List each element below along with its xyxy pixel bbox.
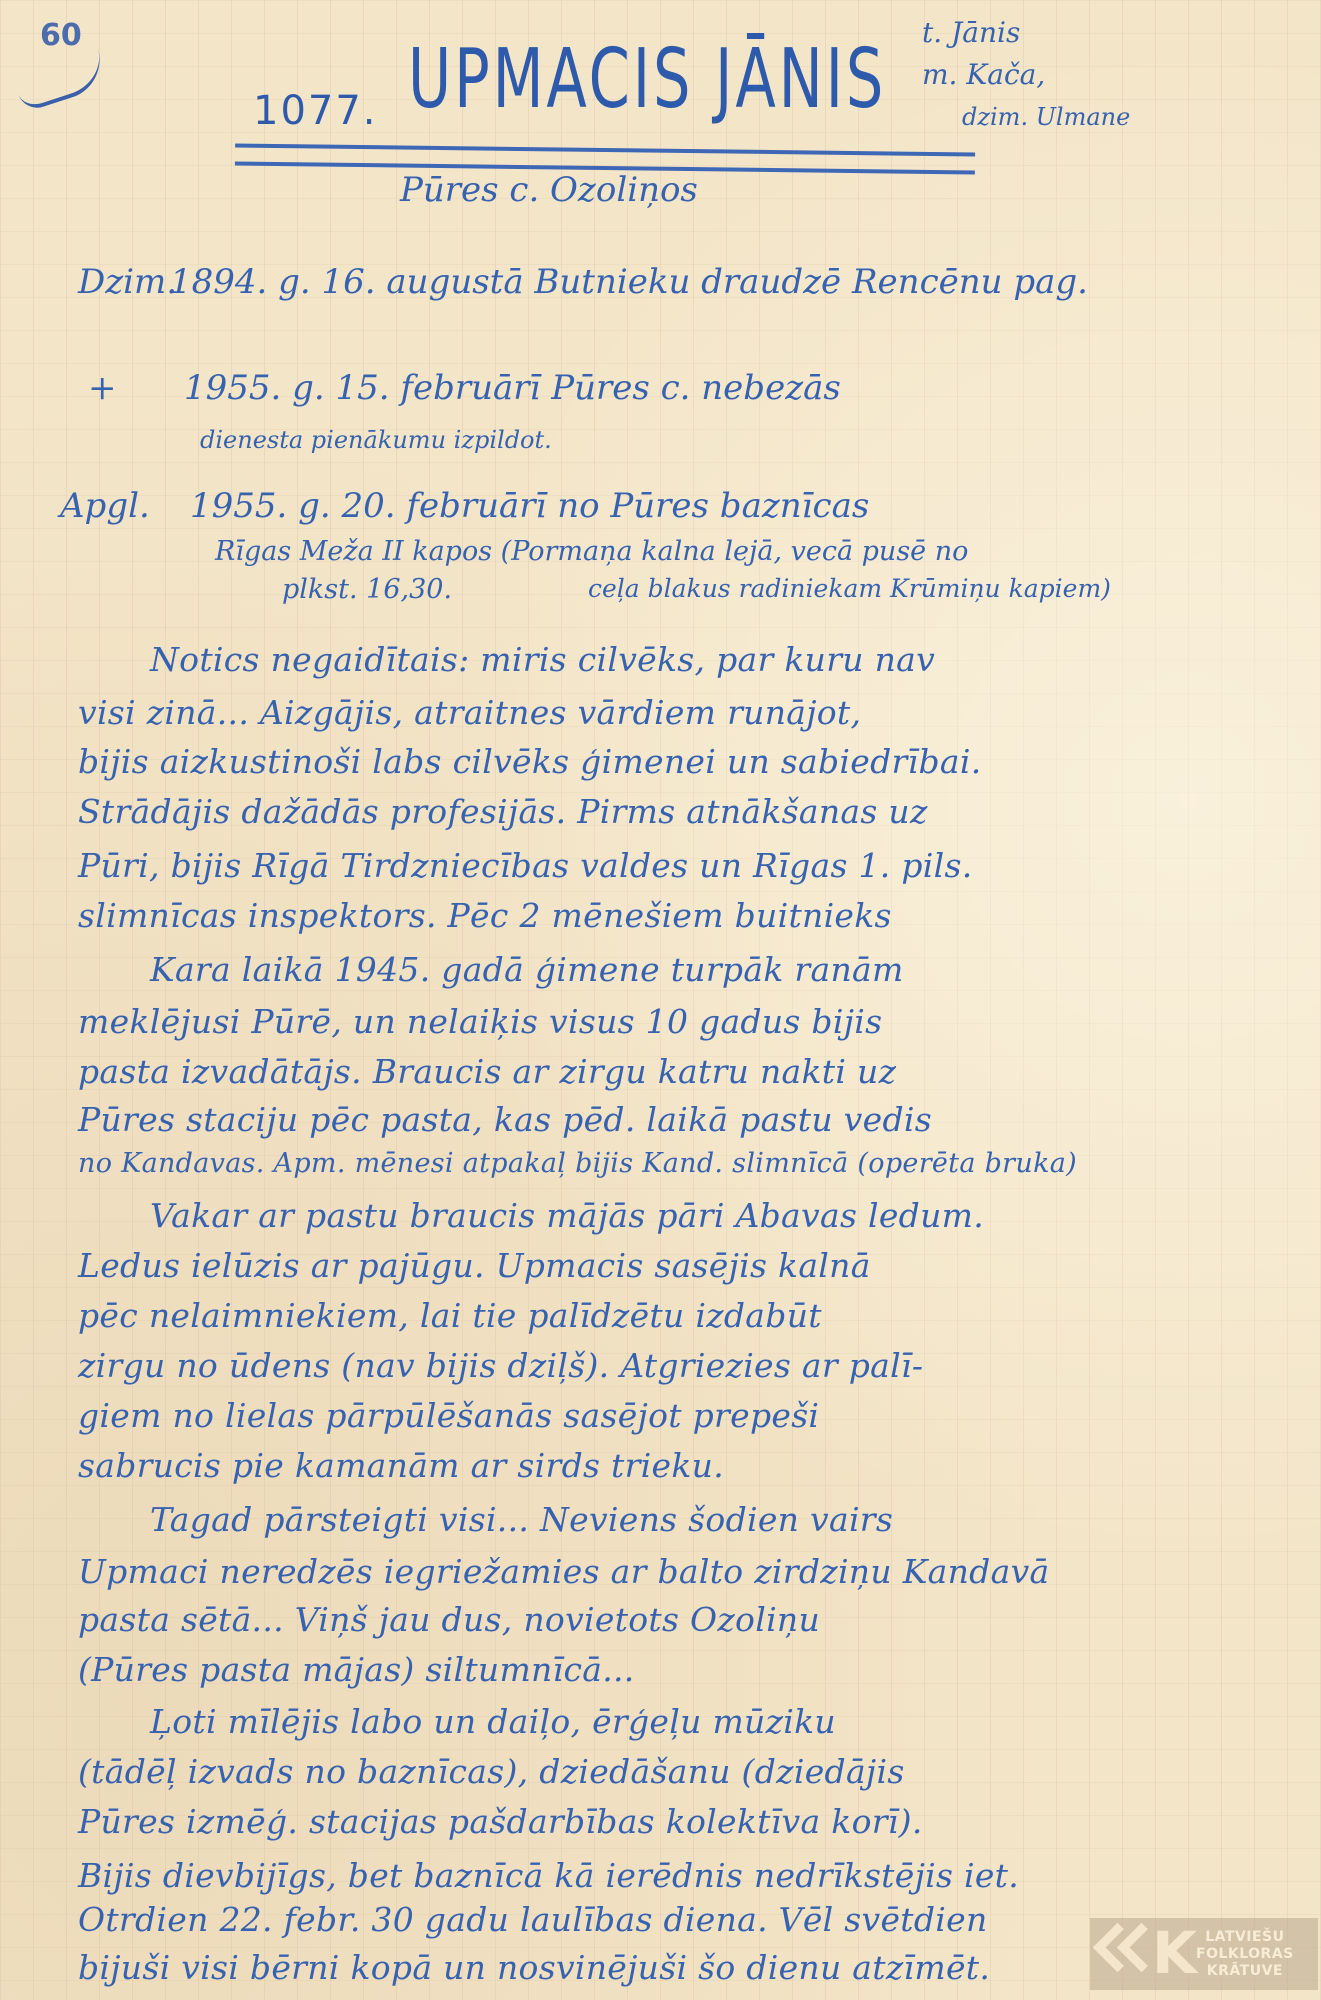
death-text: 1955. g. 15. februārī Pūres c. nebezās	[184, 368, 841, 408]
narrative-line: pasta izvadātājs. Braucis ar zirgu katru…	[78, 1052, 896, 1091]
residence-place: Pūres c. Ozoliņos	[400, 170, 698, 210]
page-number: 60	[40, 18, 82, 53]
burial-line-3: ceļa blakus radiniekam Krūmiņu kapiem)	[588, 574, 1111, 603]
watermark-text: LATVIEŠU FOLKLORAS KRĀTUVE	[1182, 1929, 1294, 1980]
narrative-line: meklējusi Pūrē, un nelaiķis visus 10 gad…	[78, 1002, 882, 1041]
burial-line-2: Rīgas Meža II kapos (Pormaņa kalna lejā,…	[215, 536, 968, 567]
narrative-line: no Kandavas. Apm. mēnesi atpakaļ bijis K…	[78, 1148, 1077, 1179]
narrative-line: Notics negaidītais: miris cilvēks, par k…	[150, 640, 935, 679]
narrative-line: bijuši visi bērni kopā un nosvinējuši šo…	[78, 1948, 990, 1987]
lfk-chevron-k-logo-icon: K	[1090, 1918, 1182, 1990]
mother-name: m. Kača,	[922, 54, 1130, 96]
narrative-line: Vakar ar pastu braucis mājās pāri Abavas…	[150, 1196, 984, 1235]
manuscript-page: 60 1077. UPMACIS JĀNIS t. Jānis m. Kača,…	[0, 0, 1321, 2000]
death-note: dienesta pienākumu izpildot.	[200, 426, 552, 454]
narrative-line: slimnīcas inspektors. Pēc 2 mēnešiem bui…	[78, 896, 892, 935]
narrative-line: visi zinā... Aizgājis, atraitnes vārdiem…	[78, 693, 861, 732]
narrative-line: Otrdien 22. febr. 30 gadu laulības diena…	[78, 1900, 988, 1939]
narrative-line: Upmaci neredzēs iegriežamies ar balto zi…	[78, 1552, 1050, 1591]
burial-label: Apgl.	[60, 486, 190, 526]
narrative-line: Kara laikā 1945. gadā ģimene turpāk ranā…	[150, 950, 904, 989]
narrative-line: bijis aizkustinoši labs cilvēks ģimenei …	[78, 742, 982, 781]
narrative-line: Ļoti mīlējis labo un daiļo, ērģeļu mūzik…	[150, 1702, 836, 1741]
narrative-line: giem no lielas pārpūlēšanās sasējot prep…	[78, 1396, 819, 1435]
burial-text-1: 1955. g. 20. februārī no Pūres baznīcas	[190, 486, 869, 526]
birth-label: Dzim.	[78, 262, 170, 302]
burial-time: plkst. 16,30.	[282, 574, 452, 605]
watermark-line-1: LATVIEŠU	[1196, 1929, 1294, 1946]
narrative-line: Tagad pārsteigti visi... Neviens šodien …	[150, 1500, 893, 1539]
birth-text: 1894. g. 16. augustā Butnieku draudzē Re…	[170, 262, 1088, 302]
burial-line-1: Apgl.1955. g. 20. februārī no Pūres bazn…	[60, 486, 869, 526]
latviesu-folkloras-kratuve-watermark: K LATVIEŠU FOLKLORAS KRĀTUVE	[1090, 1918, 1318, 1990]
narrative-line: Pūri, bijis Rīgā Tirdzniecības valdes un…	[78, 846, 973, 885]
narrative-line: pēc nelaimniekiem, lai tie palīdzētu izd…	[78, 1296, 822, 1335]
narrative-line: pasta sētā... Viņš jau dus, novietots Oz…	[78, 1600, 820, 1639]
person-name-heading: UPMACIS JĀNIS	[408, 32, 886, 127]
narrative-line: sabrucis pie kamanām ar sirds trieku.	[78, 1446, 724, 1485]
narrative-line: Ledus ielūzis ar pajūgu. Upmacis sasējis…	[78, 1246, 871, 1285]
mother-maiden-name: dzim. Ulmane	[922, 96, 1130, 138]
narrative-line: zirgu no ūdens (nav bijis dziļš). Atgrie…	[78, 1346, 923, 1385]
entry-number: 1077.	[253, 88, 378, 134]
narrative-line: Pūres izmēģ. stacijas pašdarbības kolekt…	[78, 1802, 923, 1841]
narrative-line: Strādājis dažādās profesijās. Pirms atnā…	[78, 792, 928, 831]
parents-block: t. Jānis m. Kača, dzim. Ulmane	[922, 12, 1130, 138]
page-number-mark	[12, 47, 110, 113]
narrative-line: (Pūres pasta mājas) siltumnīcā...	[78, 1650, 635, 1689]
death-label: +	[88, 368, 184, 408]
death-line: +1955. g. 15. februārī Pūres c. nebezās	[88, 368, 841, 408]
narrative-line: Pūres staciju pēc pasta, kas pēd. laikā …	[78, 1100, 932, 1139]
father-name: t. Jānis	[922, 12, 1130, 54]
narrative-line: (tādēļ izvads no baznīcas), dziedāšanu (…	[78, 1752, 905, 1791]
narrative-line: Bijis dievbijīgs, bet baznīcā kā ierēdni…	[78, 1856, 1019, 1895]
watermark-line-2: FOLKLORAS	[1196, 1946, 1294, 1963]
birth-line: Dzim.1894. g. 16. augustā Butnieku draud…	[78, 262, 1088, 302]
watermark-line-3: KRĀTUVE	[1196, 1963, 1294, 1980]
